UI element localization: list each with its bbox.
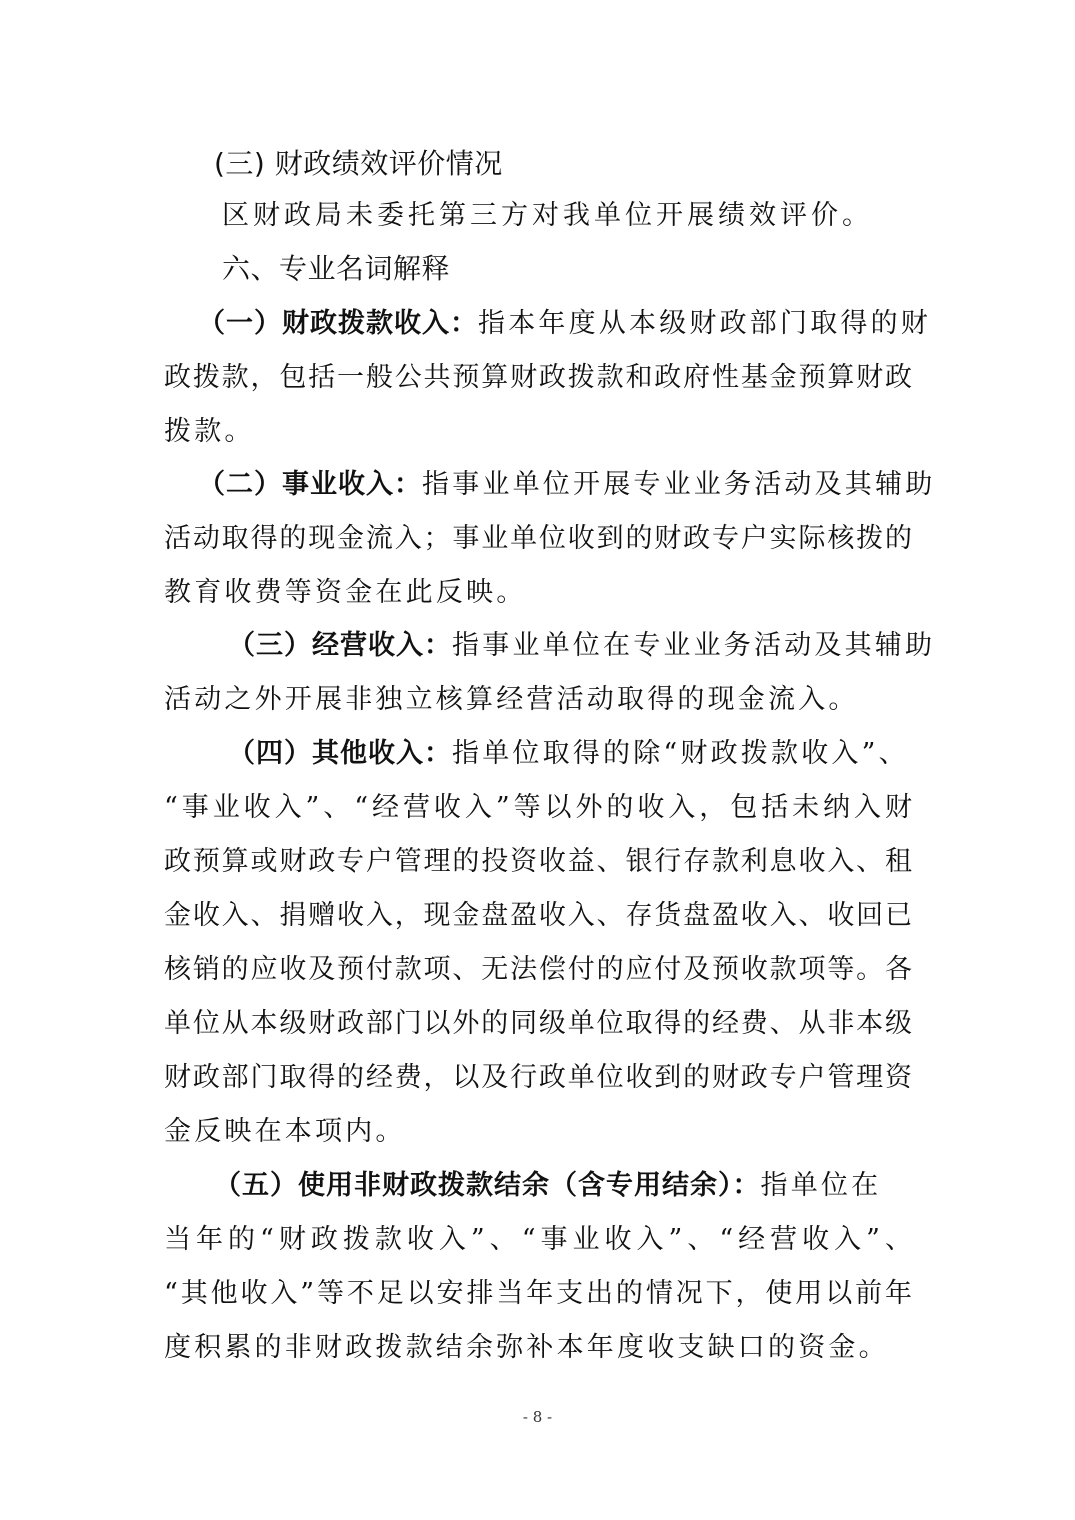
term-4-text: 指单位取得的除“财政拨款收入”、 [452,738,909,769]
term-4-line-5: 核销的应收及预付款项、无法偿付的应付及预收款项等。各 [164,952,912,988]
term-4-first-line: （四）其他收入：指单位取得的除“财政拨款收入”、 [228,736,909,772]
term-5-first-line: （五）使用非财政拨款结余（含专用结余）：指单位在 [214,1168,881,1204]
term-4-line-4: 金收入、捐赠收入，现金盘盈收入、存货盘盈收入、收回已 [164,898,912,934]
term-4-line-8: 金反映在本项内。 [164,1114,406,1150]
term-2-text: 指事业单位开展专业业务活动及其辅助 [422,469,935,500]
document-page: (三) 财政绩效评价情况 区财政局未委托第三方对我单位开展绩效评价。 六、专业名… [0,0,1075,1520]
page-number: - 8 - [0,1408,1075,1426]
term-1-line-2: 政拨款，包括一般公共预算财政拨款和政府性基金预算财政 [164,360,912,396]
term-5-line-2: 当年的“财政拨款收入”、“事业收入”、“经营收入”、 [164,1222,912,1258]
term-5-line-3: “其他收入”等不足以安排当年支出的情况下，使用以前年 [164,1276,912,1312]
term-4-label: （四）其他收入： [228,738,452,769]
term-3-label: （三）经营收入： [228,630,452,661]
section-body-performance-evaluation: 区财政局未委托第三方对我单位开展绩效评价。 [222,198,873,234]
term-2-label: （二）事业收入： [198,469,422,500]
term-5-line-4: 度积累的非财政拨款结余弥补本年度收支缺口的资金。 [164,1330,889,1366]
term-1-line-3: 拨款。 [164,414,255,450]
term-5-label: （五）使用非财政拨款结余（含专用结余）： [214,1170,761,1201]
term-3-text: 指事业单位在专业业务活动及其辅助 [452,630,935,661]
term-2-line-2: 活动取得的现金流入；事业单位收到的财政专户实际核拨的 [164,521,912,557]
term-2-first-line: （二）事业收入：指事业单位开展专业业务活动及其辅助 [198,467,935,503]
term-1-text: 指本年度从本级财政部门取得的财 [478,308,931,339]
term-4-line-3: 政预算或财政专户管理的投资收益、银行存款利息收入、租 [164,844,912,880]
term-1-label: （一）财政拨款收入： [198,308,478,339]
term-4-line-6: 单位从本级财政部门以外的同级单位取得的经费、从非本级 [164,1006,912,1042]
term-3-first-line: （三）经营收入：指事业单位在专业业务活动及其辅助 [228,628,935,664]
section-heading-performance-evaluation: (三) 财政绩效评价情况 [214,146,503,182]
term-4-line-7: 财政部门取得的经费，以及行政单位收到的财政专户管理资 [164,1060,912,1096]
section-heading-terminology: 六、专业名词解释 [222,251,450,287]
term-4-line-2: “事业收入”、“经营收入”等以外的收入，包括未纳入财 [164,790,912,826]
term-3-line-2: 活动之外开展非独立核算经营活动取得的现金流入。 [164,682,859,718]
term-5-text: 指单位在 [761,1170,882,1201]
term-2-line-3: 教育收费等资金在此反映。 [164,575,526,611]
term-1-first-line: （一）财政拨款收入：指本年度从本级财政部门取得的财 [198,306,931,342]
